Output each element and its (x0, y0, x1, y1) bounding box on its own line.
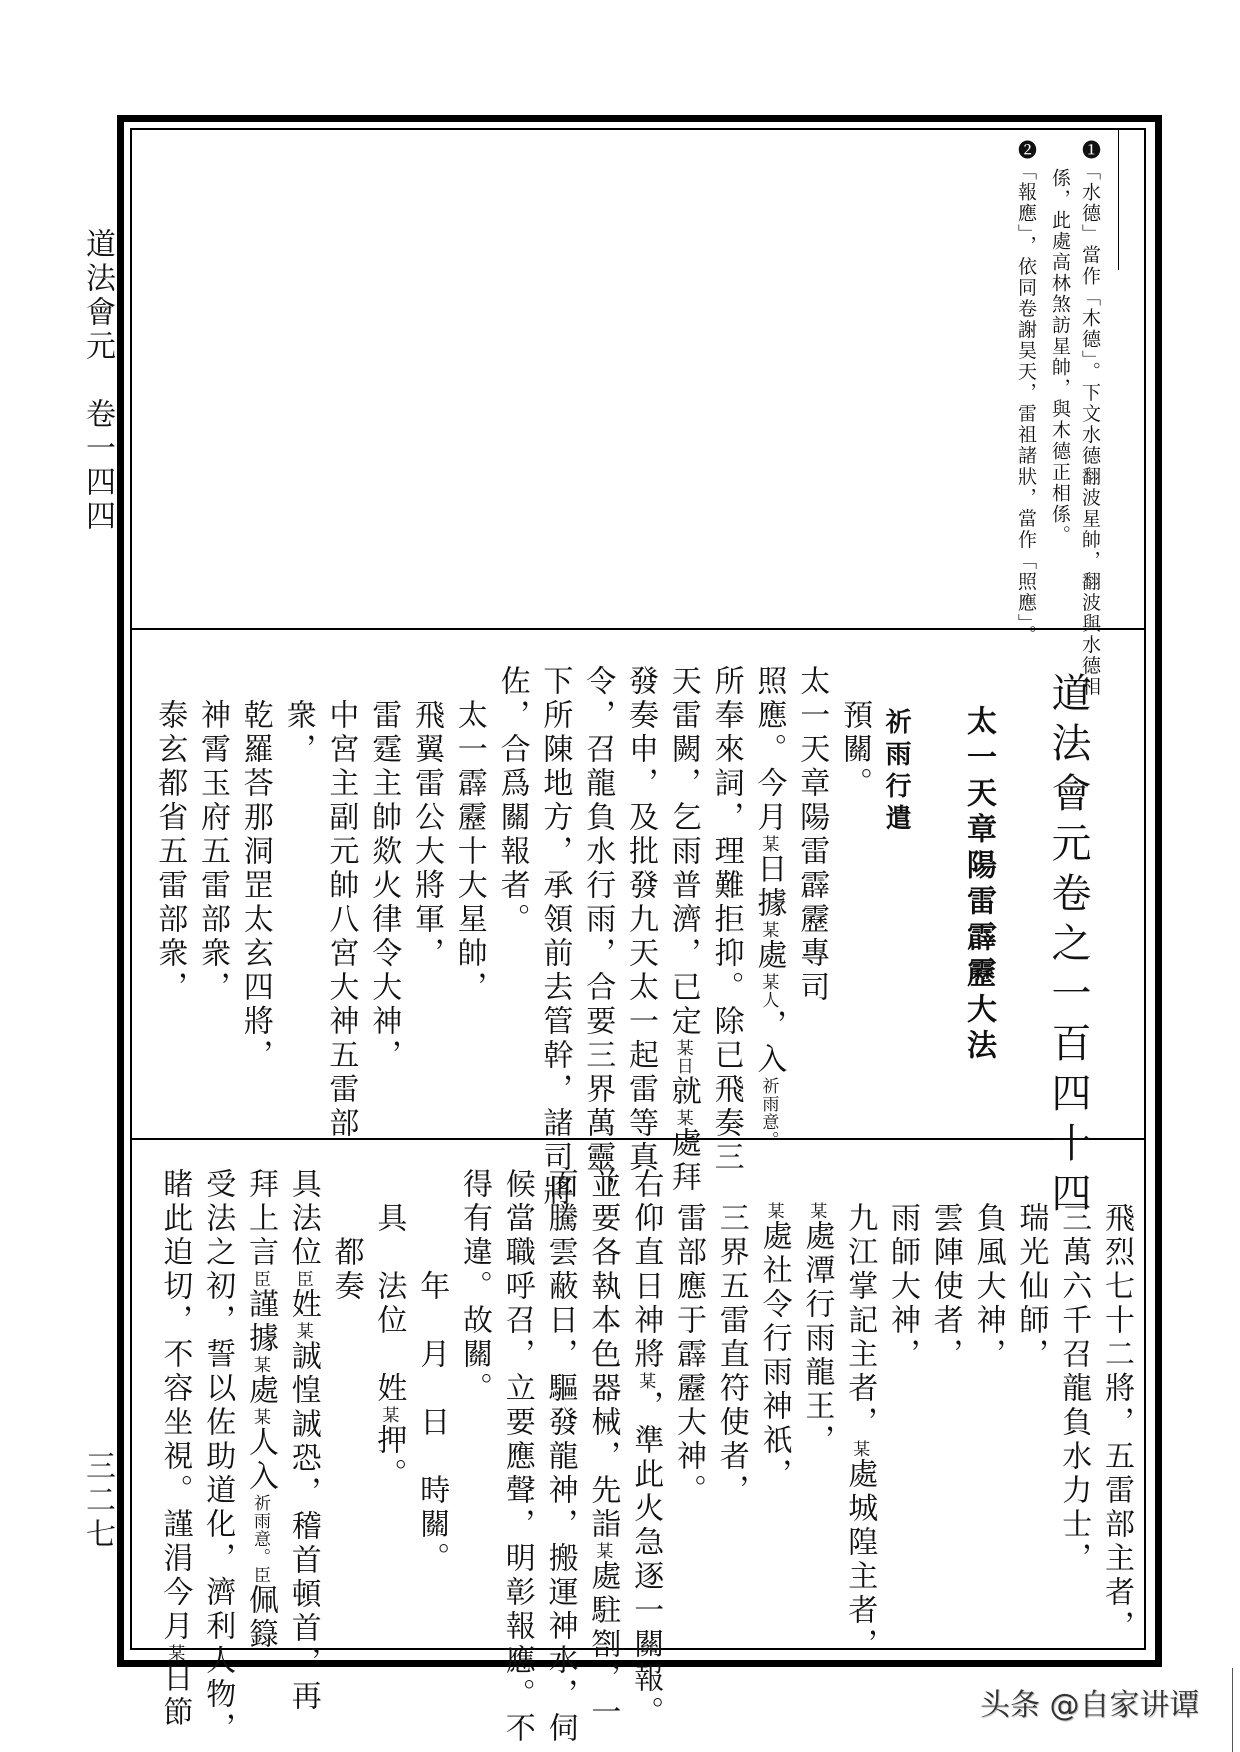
small-annotation: 某 (764, 1202, 784, 1220)
small-annotation: 某 (592, 1542, 612, 1560)
small-annotation: 某 (250, 1408, 270, 1426)
text-column: 某處潭行雨龍王， (798, 1168, 834, 1458)
text-column: 預關。 (836, 665, 872, 801)
method-title: 太一天章陽雷霹靂大法 (960, 705, 996, 1065)
text-column: 飛烈七十二將，五雷部主者， (1098, 1168, 1134, 1644)
text-column: 雷部應于霹靂大神。 (670, 1168, 706, 1508)
note-1-continuation: 係，此處高林煞訪星帥，與木德正相係。 (1048, 168, 1072, 546)
text-column: 拜上言臣謹據某處某人入祈雨意。臣佩籙 (242, 1168, 278, 1652)
text-column: 下所陳地方，承領前去管幹，諸司將 (536, 665, 572, 1209)
page-number: 三二七 (75, 1450, 119, 1552)
text-column: 太一天章陽雷霹靂專司 (793, 665, 829, 1005)
small-annotation: 臣 (250, 1566, 270, 1584)
note-marker: ❶ (1079, 140, 1101, 161)
watermark-divider (1232, 1668, 1233, 1752)
text-column: 三萬六千召龍負水力士， (1055, 1168, 1091, 1576)
small-annotation: 某 (849, 1440, 869, 1458)
small-annotation: 某人 (758, 973, 778, 1009)
text-column: 都奏 (328, 1168, 364, 1304)
text-column: 令，召龍負水行雨，合要三界萬靈， (579, 665, 615, 1209)
text-column: 瑞光仙師， (1012, 1168, 1048, 1372)
small-annotation: 某 (378, 1406, 398, 1424)
note-text: 「報應」，依同卷謝昊天，雷祖諸狀，當作「照應」。 (1015, 161, 1037, 646)
small-annotation: 某 (250, 1356, 270, 1374)
watermark: 头条 @自家讲谭 (980, 1680, 1200, 1724)
small-annotation: 某 (806, 1202, 826, 1220)
text-column: 雨師大神， (884, 1168, 920, 1372)
text-column: 候當職呼召，立要應聲，明彰報應。不 (499, 1168, 535, 1746)
small-annotation: 某 (293, 1322, 313, 1340)
note-2: ❷「報應」，依同卷謝昊天，雷祖諸狀，當作「照應」。 (1014, 140, 1038, 646)
text-column: 照應。今月某日據某處某人，入祈雨意。 (750, 665, 786, 1149)
text-column: 天雷闕，乞雨普濟，已定某日就某處拜 (665, 665, 701, 1195)
text-column: 佐，合爲關報者。 (494, 665, 530, 937)
text-column: 並要各執本色器械，先詣某處駐劄，一 (584, 1168, 620, 1730)
text-column: 泰玄都省五雷部衆， (151, 665, 187, 1005)
text-column: 面騰雲蔽日，驅發龍神，搬運神水，伺 (542, 1168, 578, 1746)
text-column: 右仰直日神將某，準此火急逐一關報。 (627, 1168, 663, 1730)
small-annotation: 某日 (673, 1039, 693, 1075)
small-annotation: 某 (164, 1644, 184, 1662)
text-column: 具法位臣姓某誠惶誠恐，稽首頓首，再 (285, 1168, 321, 1714)
text-column: 飛翼雷公大將軍， (408, 665, 444, 971)
note-1: ❶「水德」當作「木德」。下文水德翻波星帥，翻波與水德相 (1078, 140, 1102, 698)
note-marker: ❷ (1015, 140, 1037, 161)
volume-title: 道法會元卷之一百四十四 (1050, 672, 1086, 1222)
small-annotation: 祈雨意。 (758, 1077, 778, 1149)
text-column: 具 法位 姓某押。 (370, 1168, 406, 1492)
text-column: 睹此迫切，不容坐視。謹涓今月某日節 (156, 1168, 192, 1730)
small-annotation: 某 (635, 1372, 655, 1390)
text-column: 受法之初，誓以佐助道化，濟利人物， (199, 1168, 235, 1746)
small-annotation: 祈雨意。 (250, 1494, 270, 1566)
text-column: 某處社令行雨神祇， (756, 1168, 792, 1492)
small-annotation: 臣 (250, 1270, 270, 1288)
text-column: 衆， (280, 665, 316, 767)
small-annotation: 某 (758, 835, 778, 853)
text-column: 雷霆主帥欻火律令大神， (365, 665, 401, 1073)
small-annotation: 某 (673, 1109, 693, 1127)
running-title: 道法會元 卷一四四 (75, 228, 119, 534)
text-column: 三界五雷直符使者， (713, 1168, 749, 1508)
text-column: 負風大神， (970, 1168, 1006, 1372)
notes-rule (1118, 128, 1119, 270)
text-column: 神霄玉府五雷部衆， (194, 665, 230, 1005)
section-heading: 祈雨行遣 (878, 708, 914, 836)
text-column: 年 月 日 時關。 (413, 1168, 449, 1576)
text-column: 九江掌記主者，某處城隍主者， (841, 1168, 877, 1662)
small-annotation: 臣 (293, 1270, 313, 1288)
text-column: 中宮主副元帥八宮大神五雷部 (322, 665, 358, 1141)
text-column: 發奏申，及批發九天太一起雷等真 (622, 665, 658, 1175)
text-column: 乾羅荅那洞罡太玄四將， (237, 665, 273, 1073)
small-annotation: 某 (758, 921, 778, 939)
text-column: 雲陣使者， (927, 1168, 963, 1372)
text-column: 所奉來詞，理難拒抑。除已飛奏三 (708, 665, 744, 1175)
notes-separator (132, 628, 1144, 630)
text-column: 太一霹靂十大星帥， (451, 665, 487, 1005)
text-column: 得有違。故關。 (456, 1168, 492, 1406)
note-text: 「水德」當作「木德」。下文水德翻波星帥，翻波與水德相 (1079, 161, 1101, 698)
